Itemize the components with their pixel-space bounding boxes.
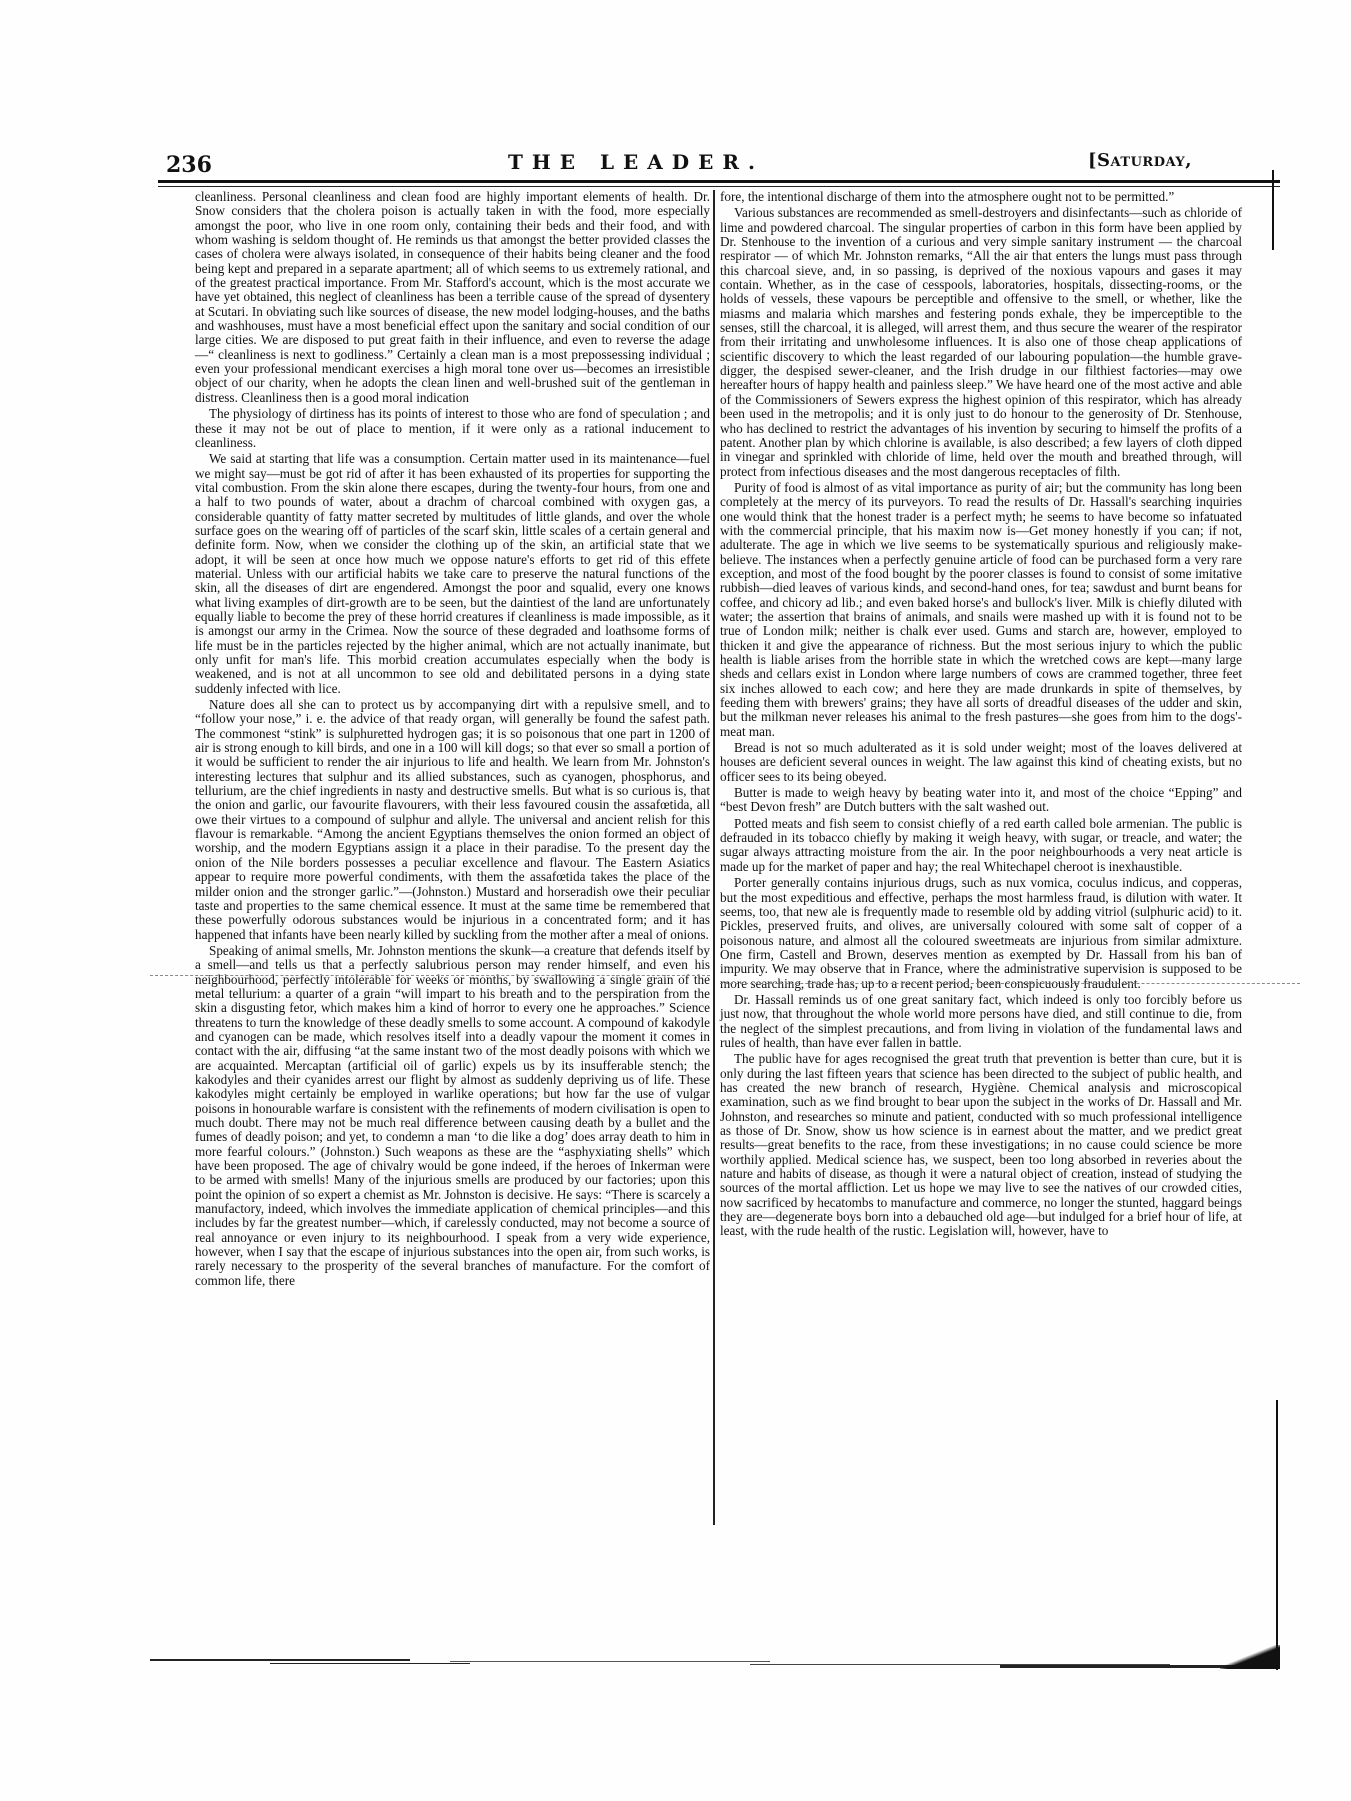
newspaper-page: 236 THE LEADER. [Saturday, cleanliness. … — [0, 0, 1351, 1801]
fold-mark-left — [150, 975, 710, 976]
column-divider — [713, 190, 715, 1525]
day-label: [Saturday, — [1088, 150, 1192, 171]
paragraph: Butter is made to weigh heavy by beating… — [720, 786, 1242, 815]
page-edge-right — [1276, 1400, 1278, 1670]
page-edge-bottom — [150, 1655, 1280, 1669]
page-edge-mark — [1272, 170, 1274, 250]
paragraph: Purity of food is almost of as vital imp… — [720, 481, 1242, 739]
page-number: 236 — [166, 152, 212, 178]
paragraph: fore, the intentional discharge of them … — [720, 190, 1242, 204]
paragraph: Various substances are recommended as sm… — [720, 206, 1242, 479]
paragraph: The physiology of dirtiness has its poin… — [195, 407, 710, 450]
header-rule-thin — [158, 186, 1280, 187]
paragraph: Potted meats and fish seem to consist ch… — [720, 817, 1242, 874]
right-column: fore, the intentional discharge of them … — [720, 190, 1242, 1239]
paragraph: The public have for ages recognised the … — [720, 1052, 1242, 1238]
left-column: cleanliness. Personal cleanliness and cl… — [195, 190, 710, 1288]
paragraph: Porter generally contains injurious drug… — [720, 876, 1242, 991]
masthead: 236 THE LEADER. [Saturday, — [158, 146, 1280, 182]
paragraph: Nature does all she can to protect us by… — [195, 698, 710, 942]
paragraph: cleanliness. Personal cleanliness and cl… — [195, 190, 710, 405]
paragraph: Speaking of animal smells, Mr. Johnston … — [195, 944, 710, 1288]
paper-title: THE LEADER. — [508, 150, 764, 174]
header-rule — [158, 180, 1280, 183]
paragraph: We said at starting that life was a cons… — [195, 452, 710, 696]
fold-mark-right — [720, 983, 1300, 984]
paragraph: Bread is not so much adulterated as it i… — [720, 741, 1242, 784]
paragraph: Dr. Hassall reminds us of one great sani… — [720, 993, 1242, 1050]
